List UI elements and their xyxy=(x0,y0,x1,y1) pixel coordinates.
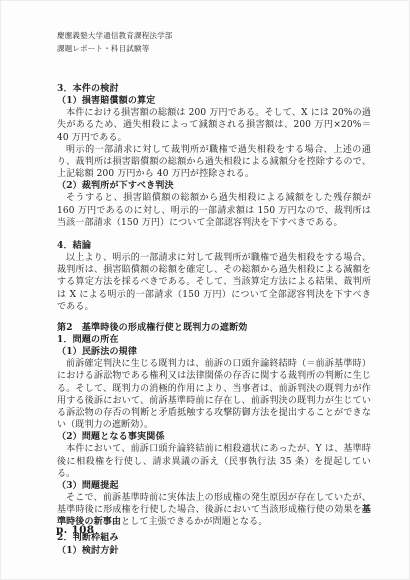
part2-section1-sub3-heading: （3）問題提起 xyxy=(57,480,371,492)
document-header: 慶應義塾大学通信教育課程法学部 課題レポート・科目試験等 xyxy=(57,29,371,55)
section3-sub2-paragraph-1: そうすると、損害賠償額の総額から過失相殺による減額をした残存額が 160 万円で… xyxy=(57,192,371,228)
section3-sub2-heading: （2）裁判所が下すべき判決 xyxy=(57,180,371,192)
header-course-line: 課題レポート・科目試験等 xyxy=(57,42,371,55)
part2-section1-sub3-paragraph: そこで、前訴基準時前に実体法上の形成権の発生原因が存在していたが、基準時後に形成… xyxy=(57,492,371,528)
section3-sub1-paragraph-1: 本件における損害額の総額は 200 万円である。そして、X には 20%の過失が… xyxy=(57,107,371,143)
section4-paragraph-1: 以上より、明示的一部請求に対して裁判所が職権で過失相殺をする場合、裁判所は、損害… xyxy=(57,252,371,313)
part2-section2-sub1-heading: （1）検討方針 xyxy=(57,545,371,557)
part2-section1-sub1-heading: （1）民訴法の規律 xyxy=(57,346,371,358)
section4-heading: 4．結論 xyxy=(57,240,371,252)
document-page: 慶應義塾大学通信教育課程法学部 課題レポート・科目試験等 3．本件の検討 （1）… xyxy=(0,0,410,580)
document-body: 3．本件の検討 （1）損害賠償額の算定 本件における損害額の総額は 200 万円… xyxy=(57,83,371,557)
header-university-line: 慶應義塾大学通信教育課程法学部 xyxy=(57,29,371,42)
page-number: p. 108 xyxy=(56,524,94,536)
part2-section2-heading: 2．判断枠組み xyxy=(57,532,371,544)
sub3-paragraph-text-post: として主張できるかが問題となる。 xyxy=(121,517,267,527)
section3-sub1-paragraph-2: 明示的一部請求に対して裁判所が職権で過失相殺をする場合、上述の通り、裁判所は損害… xyxy=(57,144,371,180)
part2-section1-sub1-paragraph: 前訴確定判決に生じる既判力は、前訴の口頭弁論終結時（＝前訴基準時）における訴訟物… xyxy=(57,358,371,431)
part2-heading: 第2 基準時後の形成権行使と既判力の遮断効 xyxy=(57,322,371,334)
section3-heading: 3．本件の検討 xyxy=(57,83,371,95)
part2-section1-sub2-heading: （2）問題となる事実関係 xyxy=(57,431,371,443)
section3-sub1-heading: （1）損害賠償額の算定 xyxy=(57,95,371,107)
part2-section1-heading: 1．問題の所在 xyxy=(57,334,371,346)
part2-section1-sub2-paragraph: 本件において、前訴口頭弁論終結前に相殺適状にあったが、Y は、基準時後に相殺権を… xyxy=(57,443,371,479)
sub3-paragraph-text-pre: そこで、前訴基準時前に実体法上の形成権の発生原因が存在していたが、基準時後に形成… xyxy=(57,493,371,515)
